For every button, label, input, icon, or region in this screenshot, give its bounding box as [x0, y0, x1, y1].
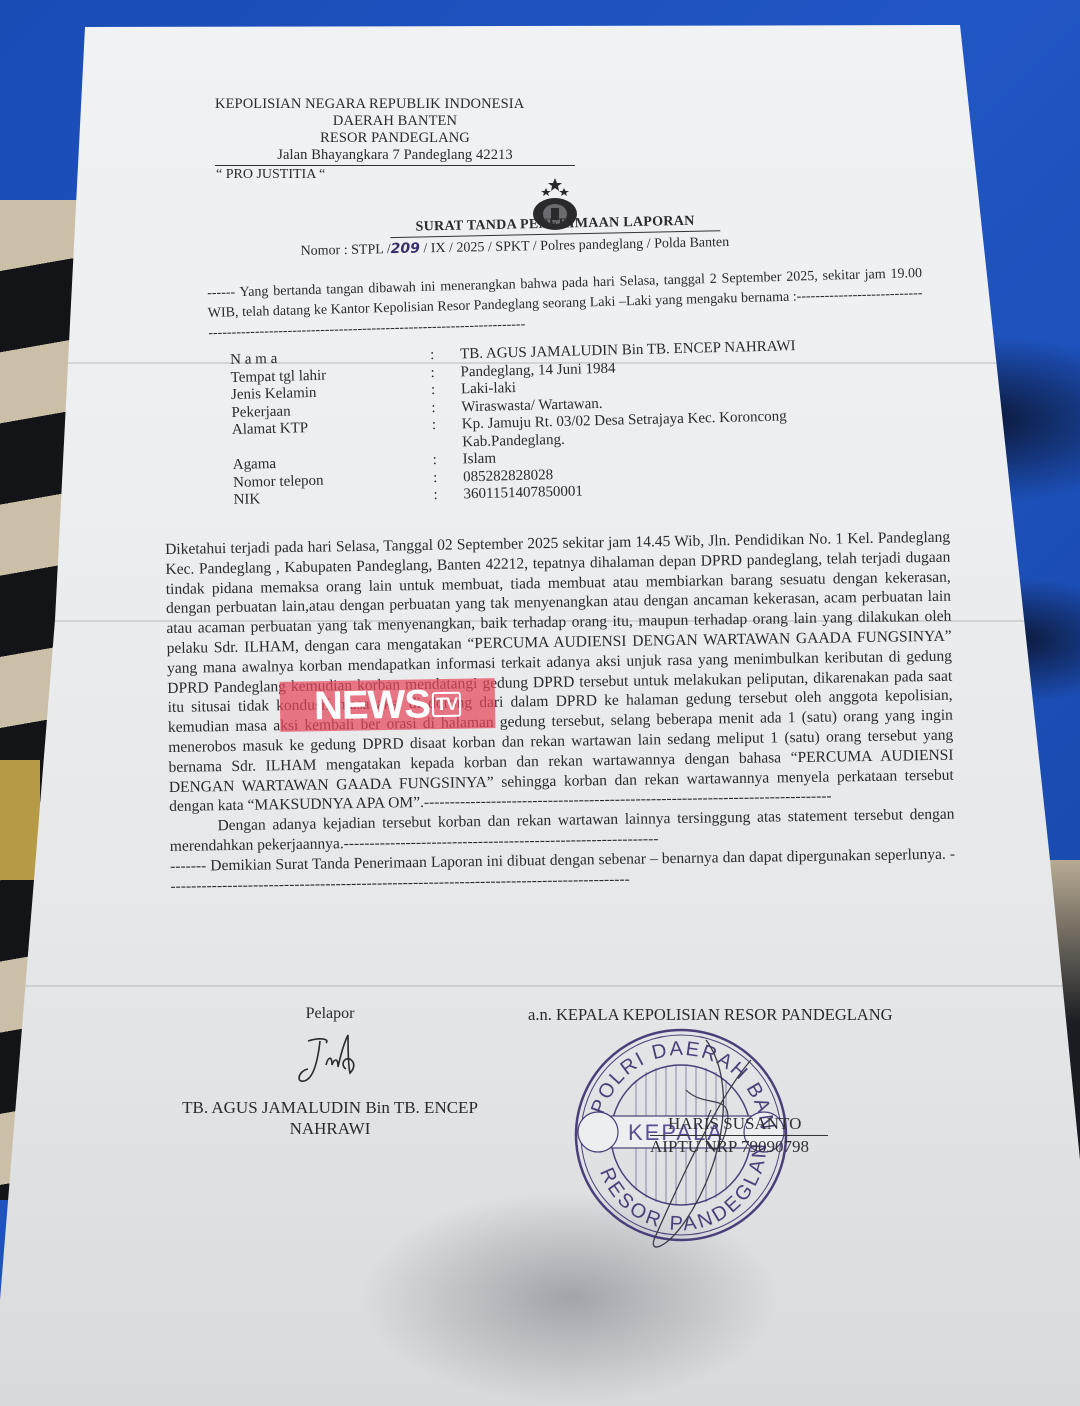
newstv-watermark: NEWSTV	[280, 678, 496, 732]
identity-colon: :	[433, 486, 463, 504]
document-content: KEPOLISIAN NEGARA REPUBLIK INDONESIA DAE…	[0, 0, 1080, 1406]
document-number: Nomor : STPL /209 / IX / 2025 / SPKT / P…	[300, 232, 820, 260]
watermark-brand: NEWS	[314, 682, 431, 729]
officer-name: HARIS SUSANTO	[650, 1113, 828, 1136]
officer-details: HARIS SUSANTO AIPTU NRP 79090798	[650, 1113, 828, 1158]
identity-colon: :	[431, 381, 461, 399]
letterhead-institution: KEPOLISIAN NEGARA REPUBLIK INDONESIA	[215, 96, 575, 113]
reporter-identity-table: N a m a:TB. AGUS JAMALUDIN Bin TB. ENCEP…	[230, 336, 874, 509]
reporter-role: Pelapor	[150, 1005, 510, 1023]
letterhead: KEPOLISIAN NEGARA REPUBLIK INDONESIA DAE…	[215, 96, 575, 166]
watermark-suffix: TV	[432, 691, 461, 717]
identity-colon: :	[430, 364, 460, 382]
document-title-block: SURAT TANDA PENERIMAAN LAPORAN Nomor : S…	[300, 211, 821, 260]
reporter-signature-block: Pelapor TB. AGUS JAMALUDIN Bin TB. ENCEP…	[150, 1005, 510, 1139]
reporter-name: TB. AGUS JAMALUDIN Bin TB. ENCEP NAHRAWI	[150, 1097, 510, 1139]
letterhead-address: Jalan Bhayangkara 7 Pandeglang 42213	[215, 147, 575, 166]
reporter-signature-icon	[290, 1029, 370, 1089]
identity-colon: :	[431, 399, 461, 417]
officer-rank-nrp: AIPTU NRP 79090798	[650, 1136, 828, 1158]
identity-label: NIK	[233, 487, 433, 509]
intro-paragraph: ------ Yang bertanda tangan dibawah ini …	[207, 264, 923, 344]
letterhead-resort: RESOR PANDEGLANG	[215, 130, 575, 147]
identity-colon: :	[433, 469, 463, 487]
incident-paragraph: Diketahui terjadi pada hari Selasa, Tang…	[165, 528, 954, 817]
document-number-suffix: / IX / 2025 / SPKT / Polres pandeglang /…	[420, 235, 730, 256]
identity-colon: :	[433, 451, 463, 469]
identity-colon: :	[432, 416, 462, 434]
identity-colon	[432, 434, 462, 452]
document-number-handwritten: 209	[391, 240, 421, 257]
identity-colon: :	[430, 346, 460, 364]
pro-justitia-label: “ PRO JUSTITIA “	[216, 167, 325, 183]
letterhead-region: DAERAH BANTEN	[215, 113, 575, 130]
document-number-prefix: Nomor : STPL /	[300, 242, 390, 259]
